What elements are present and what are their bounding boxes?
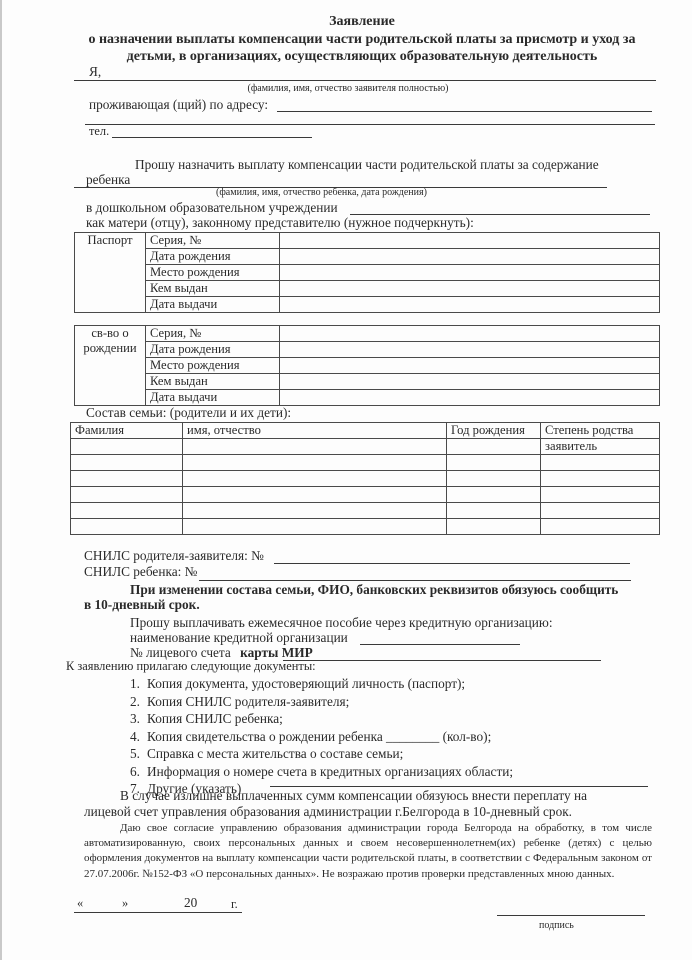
attachment-text: Информация о номере счета в кредитных ор…: [147, 764, 513, 779]
applicant-i-label: Я,: [89, 64, 101, 80]
phone-field[interactable]: [112, 137, 312, 138]
family-col-header: Фамилия: [71, 423, 183, 439]
payment-text: Прошу выплачивать ежемесячное пособие че…: [130, 615, 553, 631]
attachment-number: 3.: [120, 710, 140, 728]
snils-child-field[interactable]: [199, 580, 631, 581]
date-close-quote: »: [122, 896, 128, 911]
attachment-item: 2.Копия СНИЛС родителя-заявителя;: [120, 693, 513, 711]
family-cell[interactable]: [447, 471, 541, 487]
family-cell[interactable]: [447, 503, 541, 519]
attachment-number: 1.: [120, 675, 140, 693]
account-card-type: карты МИР: [240, 645, 313, 660]
signature-field[interactable]: [497, 915, 645, 916]
attachment-number: 6.: [120, 763, 140, 781]
kindergarten-label: в дошкольном образовательном учреждении: [86, 200, 338, 216]
family-table: Фамилия имя, отчество Год рождения Степе…: [70, 422, 660, 535]
bank-field[interactable]: [360, 644, 520, 645]
passport-table: Паспорт Серия, № Дата рождения Место рож…: [74, 232, 660, 313]
birth-cert-row-label: Дата выдачи: [146, 390, 280, 406]
snils-parent-label: СНИЛС родителя-заявителя: №: [84, 548, 264, 564]
family-header-row: Фамилия имя, отчество Год рождения Степе…: [71, 423, 660, 439]
request-text: Прошу назначить выплату компенсации част…: [135, 157, 599, 173]
document-page: Заявление о назначении выплаты компенсац…: [0, 0, 692, 960]
family-row: [71, 519, 660, 535]
birth-cert-value-cell[interactable]: [280, 342, 660, 358]
birth-cert-group-label-line2: рождении: [83, 341, 136, 355]
birth-cert-row-label: Место рождения: [146, 358, 280, 374]
consent-text: Даю свое согласие управлению образования…: [84, 821, 652, 882]
family-col-header: Год рождения: [447, 423, 541, 439]
family-cell[interactable]: [71, 519, 183, 535]
family-cell[interactable]: [541, 503, 660, 519]
family-row: [71, 471, 660, 487]
family-col-header: Степень родства: [541, 423, 660, 439]
signature-label: подпись: [539, 920, 574, 931]
attachments-label: К заявлению прилагаю следующие документы…: [66, 659, 316, 674]
overpayment-line2: лицевой счет управления образования адми…: [84, 804, 572, 820]
family-cell[interactable]: [541, 519, 660, 535]
family-cell[interactable]: [183, 455, 447, 471]
family-cell[interactable]: [71, 471, 183, 487]
birth-cert-value-cell[interactable]: [280, 390, 660, 406]
family-row: [71, 455, 660, 471]
attachment-item: 6.Информация о номере счета в кредитных …: [120, 763, 513, 781]
family-label: Состав семьи: (родители и их дети):: [86, 405, 291, 421]
attachment-item: 3.Копия СНИЛС ребенка;: [120, 710, 513, 728]
notice-line1: При изменении состава семьи, ФИО, банков…: [130, 582, 618, 598]
document-subtitle-line1: о назначении выплаты компенсации части р…: [62, 32, 662, 48]
attachment-text: Справка с места жительства о составе сем…: [147, 746, 403, 761]
passport-row-label: Дата рождения: [146, 249, 280, 265]
attachments-list: 1.Копия документа, удостоверяющий личнос…: [120, 675, 513, 798]
birth-cert-row-label: Серия, №: [146, 326, 280, 342]
applicant-name-hint: (фамилия, имя, отчество заявителя полнос…: [2, 83, 692, 94]
family-cell[interactable]: [447, 455, 541, 471]
family-cell[interactable]: [447, 487, 541, 503]
snils-parent-field[interactable]: [274, 563, 630, 564]
attachment-number: 4.: [120, 728, 140, 746]
passport-row-label: Серия, №: [146, 233, 280, 249]
family-cell[interactable]: [541, 471, 660, 487]
passport-value-cell[interactable]: [280, 249, 660, 265]
family-cell[interactable]: [447, 519, 541, 535]
attachment-item: 5.Справка с места жительства о составе с…: [120, 745, 513, 763]
child-label: ребенка: [86, 172, 130, 188]
birth-cert-row-label: Дата рождения: [146, 342, 280, 358]
date-year-prefix: 20: [184, 895, 197, 911]
family-cell[interactable]: [541, 455, 660, 471]
family-cell[interactable]: [71, 455, 183, 471]
document-title: Заявление: [62, 14, 662, 30]
date-open-quote: «: [77, 896, 83, 911]
date-suffix: г.: [231, 897, 238, 912]
address-field-line2[interactable]: [85, 124, 655, 125]
family-cell[interactable]: [71, 439, 183, 455]
family-cell[interactable]: [183, 471, 447, 487]
family-cell[interactable]: [183, 439, 447, 455]
family-col-header: имя, отчество: [183, 423, 447, 439]
passport-value-cell[interactable]: [280, 233, 660, 249]
attachment-item: 4.Копия свидетельства о рождении ребенка…: [120, 728, 513, 746]
birth-cert-value-cell[interactable]: [280, 358, 660, 374]
birth-cert-row-label: Кем выдан: [146, 374, 280, 390]
snils-child-label: СНИЛС ребенка: №: [84, 564, 197, 580]
attachment-text: Копия СНИЛС ребенка;: [147, 711, 283, 726]
family-row: заявитель: [71, 439, 660, 455]
date-field[interactable]: [74, 912, 242, 913]
bank-label: наименование кредитной организации: [130, 630, 348, 646]
passport-row-label: Место рождения: [146, 265, 280, 281]
passport-group-label: Паспорт: [75, 233, 146, 313]
passport-row-label: Дата выдачи: [146, 297, 280, 313]
attachment-text: Копия свидетельства о рождении ребенка _…: [147, 729, 491, 744]
attachment-item: 1.Копия документа, удостоверяющий личнос…: [120, 675, 513, 693]
attachment-text: Копия СНИЛС родителя-заявителя;: [147, 694, 349, 709]
document-subtitle-line2: детьми, в организациях, осуществляющих о…: [62, 49, 662, 65]
family-row: [71, 503, 660, 519]
birth-cert-group-label: св-во о рождении: [75, 326, 146, 406]
attachment-number: 5.: [120, 745, 140, 763]
family-cell[interactable]: заявитель: [541, 439, 660, 455]
birth-certificate-table: св-во о рождении Серия, № Дата рождения …: [74, 325, 660, 406]
family-cell[interactable]: [183, 519, 447, 535]
family-cell[interactable]: [71, 487, 183, 503]
family-cell[interactable]: [541, 487, 660, 503]
child-hint: (фамилия, имя, отчество ребенка, дата ро…: [216, 187, 427, 198]
passport-value-cell[interactable]: [280, 265, 660, 281]
attachment-number: 2.: [120, 693, 140, 711]
family-cell[interactable]: [447, 439, 541, 455]
birth-cert-group-label-line1: св-во о: [91, 326, 128, 340]
address-label: проживающая (щий) по адресу:: [89, 97, 268, 113]
family-cell[interactable]: [183, 487, 447, 503]
passport-row-label: Кем выдан: [146, 281, 280, 297]
applicant-name-field[interactable]: [74, 80, 656, 81]
family-cell[interactable]: [71, 503, 183, 519]
relation-text: как матери (отцу), законному представите…: [86, 215, 474, 231]
notice-line2: в 10-дневный срок.: [84, 597, 200, 613]
passport-value-cell[interactable]: [280, 297, 660, 313]
family-cell[interactable]: [183, 503, 447, 519]
passport-value-cell[interactable]: [280, 281, 660, 297]
address-field[interactable]: [277, 111, 652, 112]
other-documents-field[interactable]: [270, 786, 648, 787]
phone-label: тел.: [89, 124, 109, 139]
birth-cert-value-cell[interactable]: [280, 374, 660, 390]
account-field[interactable]: [283, 660, 601, 661]
family-row: [71, 487, 660, 503]
birth-cert-value-cell[interactable]: [280, 326, 660, 342]
overpayment-line1: В случае излишне выплаченных сумм компен…: [120, 788, 587, 804]
account-label: № лицевого счета: [130, 645, 231, 660]
attachment-text: Копия документа, удостоверяющий личность…: [147, 676, 465, 691]
